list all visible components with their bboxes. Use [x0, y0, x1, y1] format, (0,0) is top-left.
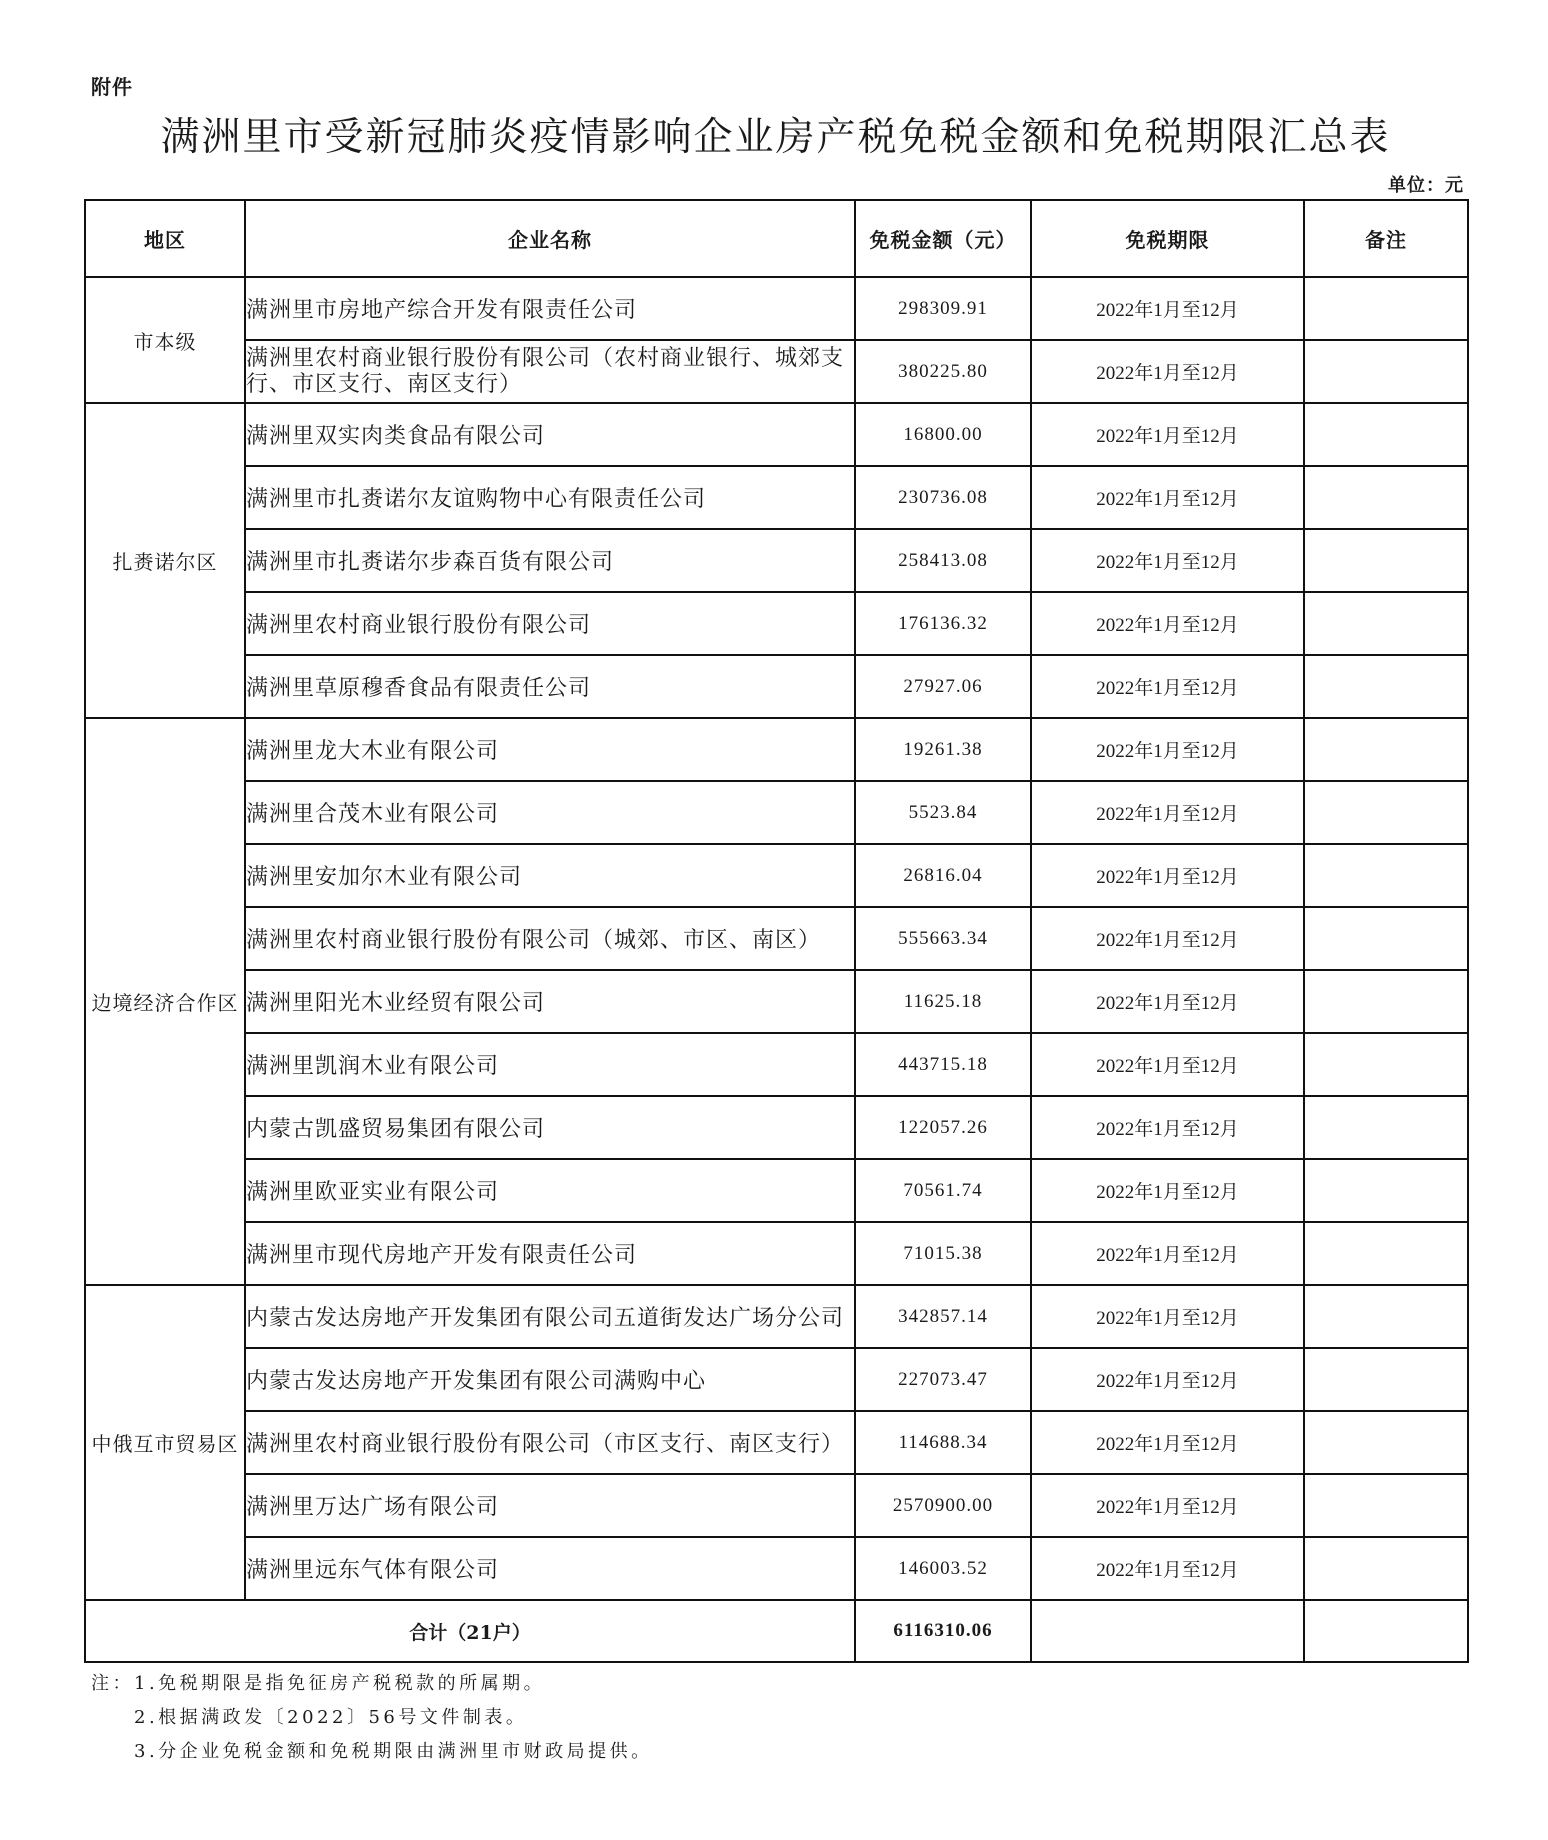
table-header-row: 地区 企业名称 免税金额（元） 免税期限 备注 — [85, 200, 1468, 277]
remark-cell — [1304, 1159, 1468, 1222]
total-label: 合计（21户） — [85, 1600, 855, 1662]
notes-section: 注：1.免税期限是指免征房产税税款的所属期。 2.根据满政发〔2022〕56号文… — [91, 1667, 653, 1769]
company-cell: 满洲里安加尔木业有限公司 — [245, 844, 855, 907]
table-row: 满洲里农村商业银行股份有限公司 176136.32 2022年1月至12月 — [85, 592, 1468, 655]
region-cell: 边境经济合作区 — [85, 718, 245, 1285]
unit-label: 单位：元 — [1388, 171, 1464, 197]
period-cell: 2022年1月至12月 — [1031, 340, 1304, 403]
total-row: 合计（21户） 6116310.06 — [85, 1600, 1468, 1662]
total-remark — [1304, 1600, 1468, 1662]
remark-cell — [1304, 466, 1468, 529]
remark-cell — [1304, 718, 1468, 781]
note-line: 2.根据满政发〔2022〕56号文件制表。 — [91, 1701, 653, 1735]
remark-cell — [1304, 907, 1468, 970]
company-cell: 满洲里农村商业银行股份有限公司（市区支行、南区支行） — [245, 1411, 855, 1474]
table-row: 满洲里万达广场有限公司 2570900.00 2022年1月至12月 — [85, 1474, 1468, 1537]
remark-cell — [1304, 1222, 1468, 1285]
amount-cell: 258413.08 — [855, 529, 1031, 592]
table-row: 满洲里市扎赉诺尔步森百货有限公司 258413.08 2022年1月至12月 — [85, 529, 1468, 592]
note-item: 2.根据满政发〔2022〕56号文件制表。 — [134, 1707, 527, 1728]
period-cell: 2022年1月至12月 — [1031, 1474, 1304, 1537]
remark-cell — [1304, 592, 1468, 655]
table-row: 内蒙古发达房地产开发集团有限公司满购中心 227073.47 2022年1月至1… — [85, 1348, 1468, 1411]
company-cell: 内蒙古凯盛贸易集团有限公司 — [245, 1096, 855, 1159]
company-cell: 满洲里市现代房地产开发有限责任公司 — [245, 1222, 855, 1285]
region-cell: 中俄互市贸易区 — [85, 1285, 245, 1600]
company-cell: 满洲里农村商业银行股份有限公司（城郊、市区、南区） — [245, 907, 855, 970]
company-cell: 满洲里阳光木业经贸有限公司 — [245, 970, 855, 1033]
table-row: 满洲里草原穆香食品有限责任公司 27927.06 2022年1月至12月 — [85, 655, 1468, 718]
remark-cell — [1304, 970, 1468, 1033]
period-cell: 2022年1月至12月 — [1031, 781, 1304, 844]
company-cell: 满洲里双实肉类食品有限公司 — [245, 403, 855, 466]
amount-cell: 176136.32 — [855, 592, 1031, 655]
company-cell: 满洲里合茂木业有限公司 — [245, 781, 855, 844]
remark-cell — [1304, 1474, 1468, 1537]
amount-cell: 146003.52 — [855, 1537, 1031, 1600]
notes-prefix: 注： — [91, 1673, 134, 1694]
table-row: 满洲里市扎赉诺尔友谊购物中心有限责任公司 230736.08 2022年1月至1… — [85, 466, 1468, 529]
amount-cell: 230736.08 — [855, 466, 1031, 529]
amount-cell: 27927.06 — [855, 655, 1031, 718]
table-row: 满洲里远东气体有限公司 146003.52 2022年1月至12月 — [85, 1537, 1468, 1600]
table-row: 满洲里农村商业银行股份有限公司（农村商业银行、城郊支行、市区支行、南区支行） 3… — [85, 340, 1468, 403]
amount-cell: 443715.18 — [855, 1033, 1031, 1096]
period-cell: 2022年1月至12月 — [1031, 970, 1304, 1033]
company-cell: 内蒙古发达房地产开发集团有限公司五道街发达广场分公司 — [245, 1285, 855, 1348]
remark-cell — [1304, 655, 1468, 718]
company-cell: 满洲里市扎赉诺尔友谊购物中心有限责任公司 — [245, 466, 855, 529]
period-cell: 2022年1月至12月 — [1031, 529, 1304, 592]
remark-cell — [1304, 1285, 1468, 1348]
period-cell: 2022年1月至12月 — [1031, 466, 1304, 529]
amount-cell: 380225.80 — [855, 340, 1031, 403]
period-cell: 2022年1月至12月 — [1031, 1159, 1304, 1222]
remark-cell — [1304, 1348, 1468, 1411]
amount-cell: 342857.14 — [855, 1285, 1031, 1348]
amount-cell: 16800.00 — [855, 403, 1031, 466]
period-cell: 2022年1月至12月 — [1031, 1033, 1304, 1096]
company-cell: 满洲里欧亚实业有限公司 — [245, 1159, 855, 1222]
amount-cell: 298309.91 — [855, 277, 1031, 340]
company-cell: 满洲里市房地产综合开发有限责任公司 — [245, 277, 855, 340]
company-cell: 满洲里市扎赉诺尔步森百货有限公司 — [245, 529, 855, 592]
table-row: 满洲里欧亚实业有限公司 70561.74 2022年1月至12月 — [85, 1159, 1468, 1222]
company-cell: 满洲里远东气体有限公司 — [245, 1537, 855, 1600]
table-row: 满洲里市现代房地产开发有限责任公司 71015.38 2022年1月至12月 — [85, 1222, 1468, 1285]
amount-cell: 114688.34 — [855, 1411, 1031, 1474]
amount-cell: 11625.18 — [855, 970, 1031, 1033]
note-item: 1.免税期限是指免征房产税税款的所属期。 — [134, 1673, 545, 1694]
header-company: 企业名称 — [245, 200, 855, 277]
remark-cell — [1304, 340, 1468, 403]
period-cell: 2022年1月至12月 — [1031, 1096, 1304, 1159]
remark-cell — [1304, 277, 1468, 340]
remark-cell — [1304, 781, 1468, 844]
table-row: 扎赉诺尔区 满洲里双实肉类食品有限公司 16800.00 2022年1月至12月 — [85, 403, 1468, 466]
table-row: 满洲里安加尔木业有限公司 26816.04 2022年1月至12月 — [85, 844, 1468, 907]
table-row: 市本级 满洲里市房地产综合开发有限责任公司 298309.91 2022年1月至… — [85, 277, 1468, 340]
table-row: 边境经济合作区 满洲里龙大木业有限公司 19261.38 2022年1月至12月 — [85, 718, 1468, 781]
company-cell: 满洲里草原穆香食品有限责任公司 — [245, 655, 855, 718]
period-cell: 2022年1月至12月 — [1031, 1222, 1304, 1285]
remark-cell — [1304, 844, 1468, 907]
table-row: 内蒙古凯盛贸易集团有限公司 122057.26 2022年1月至12月 — [85, 1096, 1468, 1159]
note-line: 注：1.免税期限是指免征房产税税款的所属期。 — [91, 1667, 653, 1701]
period-cell: 2022年1月至12月 — [1031, 844, 1304, 907]
region-cell: 市本级 — [85, 277, 245, 403]
company-cell: 满洲里凯润木业有限公司 — [245, 1033, 855, 1096]
period-cell: 2022年1月至12月 — [1031, 1348, 1304, 1411]
remark-cell — [1304, 1096, 1468, 1159]
period-cell: 2022年1月至12月 — [1031, 277, 1304, 340]
period-cell: 2022年1月至12月 — [1031, 1537, 1304, 1600]
amount-cell: 2570900.00 — [855, 1474, 1031, 1537]
amount-cell: 5523.84 — [855, 781, 1031, 844]
header-region: 地区 — [85, 200, 245, 277]
table-row: 满洲里凯润木业有限公司 443715.18 2022年1月至12月 — [85, 1033, 1468, 1096]
company-cell: 满洲里龙大木业有限公司 — [245, 718, 855, 781]
amount-cell: 19261.38 — [855, 718, 1031, 781]
attachment-label: 附件 — [91, 71, 133, 100]
header-period: 免税期限 — [1031, 200, 1304, 277]
table-row: 满洲里农村商业银行股份有限公司（城郊、市区、南区） 555663.34 2022… — [85, 907, 1468, 970]
note-line: 3.分企业免税金额和免税期限由满洲里市财政局提供。 — [91, 1735, 653, 1769]
header-amount: 免税金额（元） — [855, 200, 1031, 277]
remark-cell — [1304, 1537, 1468, 1600]
region-cell: 扎赉诺尔区 — [85, 403, 245, 718]
remark-cell — [1304, 403, 1468, 466]
remark-cell — [1304, 529, 1468, 592]
amount-cell: 70561.74 — [855, 1159, 1031, 1222]
table-row: 满洲里农村商业银行股份有限公司（市区支行、南区支行） 114688.34 202… — [85, 1411, 1468, 1474]
company-cell: 满洲里农村商业银行股份有限公司（农村商业银行、城郊支行、市区支行、南区支行） — [245, 340, 855, 403]
period-cell: 2022年1月至12月 — [1031, 907, 1304, 970]
header-remark: 备注 — [1304, 200, 1468, 277]
period-cell: 2022年1月至12月 — [1031, 592, 1304, 655]
amount-cell: 227073.47 — [855, 1348, 1031, 1411]
table-row: 满洲里阳光木业经贸有限公司 11625.18 2022年1月至12月 — [85, 970, 1468, 1033]
total-amount: 6116310.06 — [855, 1600, 1031, 1662]
remark-cell — [1304, 1033, 1468, 1096]
period-cell: 2022年1月至12月 — [1031, 718, 1304, 781]
amount-cell: 555663.34 — [855, 907, 1031, 970]
period-cell: 2022年1月至12月 — [1031, 655, 1304, 718]
tax-exemption-table: 地区 企业名称 免税金额（元） 免税期限 备注 市本级 满洲里市房地产综合开发有… — [84, 199, 1469, 1663]
company-cell: 满洲里农村商业银行股份有限公司 — [245, 592, 855, 655]
company-cell: 内蒙古发达房地产开发集团有限公司满购中心 — [245, 1348, 855, 1411]
period-cell: 2022年1月至12月 — [1031, 403, 1304, 466]
note-item: 3.分企业免税金额和免税期限由满洲里市财政局提供。 — [134, 1741, 653, 1762]
table-row: 中俄互市贸易区 内蒙古发达房地产开发集团有限公司五道街发达广场分公司 34285… — [85, 1285, 1468, 1348]
period-cell: 2022年1月至12月 — [1031, 1285, 1304, 1348]
page-title: 满洲里市受新冠肺炎疫情影响企业房产税免税金额和免税期限汇总表 — [84, 114, 1467, 162]
company-cell: 满洲里万达广场有限公司 — [245, 1474, 855, 1537]
amount-cell: 26816.04 — [855, 844, 1031, 907]
amount-cell: 122057.26 — [855, 1096, 1031, 1159]
table-row: 满洲里合茂木业有限公司 5523.84 2022年1月至12月 — [85, 781, 1468, 844]
period-cell: 2022年1月至12月 — [1031, 1411, 1304, 1474]
amount-cell: 71015.38 — [855, 1222, 1031, 1285]
remark-cell — [1304, 1411, 1468, 1474]
total-period — [1031, 1600, 1304, 1662]
